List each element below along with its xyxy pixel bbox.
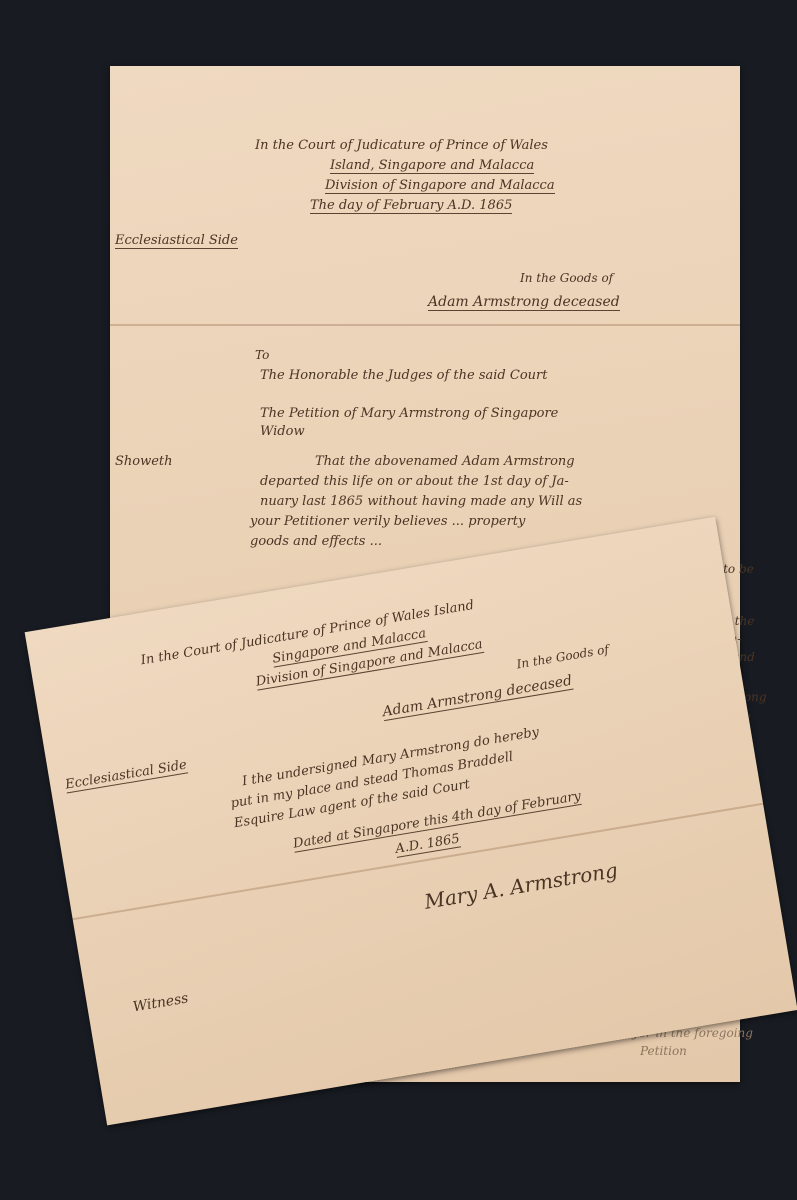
address-to: To bbox=[255, 348, 269, 362]
witness-label: Witness bbox=[132, 990, 190, 1015]
heading-line: Island, Singapore and Malacca bbox=[330, 158, 534, 174]
deceased-name: Adam Armstrong deceased bbox=[428, 294, 620, 311]
petition-cont: Widow bbox=[260, 424, 305, 439]
side-label: Ecclesiastical Side bbox=[115, 233, 238, 249]
estate-line: In the Goods of bbox=[516, 642, 610, 671]
heading-line: Division of Singapore and Malacca bbox=[325, 178, 555, 194]
closing-line: Petition bbox=[640, 1044, 687, 1058]
body-line: nuary last 1865 without having made any … bbox=[260, 494, 582, 509]
body-line: goods and effects ... bbox=[250, 534, 382, 549]
signature: Mary A. Armstrong bbox=[423, 858, 620, 914]
heading-line: In the Court of Judicature of Prince of … bbox=[255, 138, 548, 153]
address-line: The Honorable the Judges of the said Cou… bbox=[260, 368, 547, 383]
petition-line: The Petition of Mary Armstrong of Singap… bbox=[260, 406, 558, 421]
heading-line: The day of February A.D. 1865 bbox=[310, 198, 512, 214]
body-line: your Petitioner verily believes ... prop… bbox=[250, 514, 525, 529]
showeth-label: Showeth bbox=[115, 454, 173, 469]
body-line: That the abovenamed Adam Armstrong bbox=[315, 454, 575, 469]
body-line: departed this life on or about the 1st d… bbox=[260, 474, 569, 489]
deceased-name: Adam Armstrong deceased bbox=[381, 673, 573, 721]
side-label: Ecclesiastical Side bbox=[64, 757, 188, 793]
estate-line: In the Goods of bbox=[520, 271, 613, 285]
fold-line bbox=[110, 324, 740, 326]
